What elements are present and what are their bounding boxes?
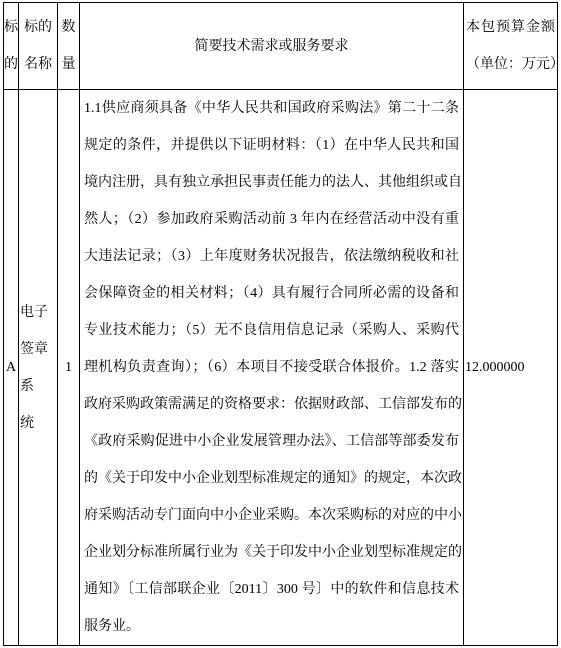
text-line: 电子 [20, 294, 57, 331]
text-line: 服务业。 [84, 608, 459, 645]
text-line: 系 [20, 368, 57, 405]
text-line: 会保障资金的相关材料；（4）具有履行合同所必需的设备和 [84, 275, 459, 312]
text-line: 量 [58, 46, 79, 83]
text-line: 的 [4, 46, 18, 83]
cell-subject: A [4, 90, 19, 646]
text-line: 大违法记录；（3）上年度财务状况报告，依法缴纳税收和社 [84, 238, 459, 275]
text-line: 境内注册，具有独立承担民事责任能力的法人、其他组织或自 [84, 164, 459, 201]
text-line: 规定的条件，并提供以下证明材料：（1）在中华人民共和国 [84, 127, 459, 164]
text-line: 名称 [19, 46, 57, 83]
text-line: 本包预算金额 [464, 9, 557, 46]
header-cell-quantity: 数量 [58, 3, 80, 90]
text-line: 然人；（2）参加政府采购活动前 3 年内在经营活动中没有重 [84, 201, 459, 238]
text-line: 统 [20, 405, 57, 442]
text-line: 的《关于印发中小企业划型标准规定的通知》的规定，本次政 [84, 460, 459, 497]
cell-subject-name: 电子签章系统 [19, 90, 58, 646]
header-cell-requirements: 简要技术需求或服务要求 [80, 3, 464, 90]
cell-quantity: 1 [58, 90, 80, 646]
table-data-row: A 电子签章系统 1 1.1供应商须具备《中华人民共和国政府采购法》第二十二条规… [4, 90, 558, 646]
text-line: 通知》〔工信部联企业〔2011〕300 号〕中的软件和信息技术 [84, 571, 459, 608]
text-line: 标 [4, 9, 18, 46]
text-line: 签章 [20, 331, 57, 368]
text-line: 政府采购政策需满足的资格要求：依据财政部、工信部发布的 [84, 386, 459, 423]
text-line: 数 [58, 9, 79, 46]
text-line: 1.1供应商须具备《中华人民共和国政府采购法》第二十二条 [84, 90, 459, 127]
text-line: 简要技术需求或服务要求 [80, 28, 463, 65]
cell-budget: 12.000000 [464, 90, 558, 646]
procurement-lot-table: 标的 标的名称 数量 简要技术需求或服务要求 本包预算金额（单位：万元） A 电… [3, 2, 558, 646]
cell-requirements: 1.1供应商须具备《中华人民共和国政府采购法》第二十二条规定的条件，并提供以下证… [80, 90, 464, 646]
text-line: 府采购活动专门面向中小企业采购。本次采购标的对应的中小 [84, 497, 459, 534]
text-line: 专业技术能力；（5）无不良信用信息记录（采购人、采购代 [84, 312, 459, 349]
header-cell-budget: 本包预算金额（单位：万元） [464, 3, 558, 90]
text-line: 标的 [19, 9, 57, 46]
text-line: 理机构负责查询）；（6）本项目不接受联合体报价。1.2 落实 [84, 349, 459, 386]
text-line: 《政府采购促进中小企业发展管理办法》、工信部等部委发布 [84, 423, 459, 460]
header-cell-subject-name: 标的名称 [19, 3, 58, 90]
document-page: 标的 标的名称 数量 简要技术需求或服务要求 本包预算金额（单位：万元） A 电… [0, 0, 561, 648]
text-line: （单位：万元） [464, 46, 557, 83]
text-line: 企业划分标准所属行业为《关于印发中小企业划型标准规定的 [84, 534, 459, 571]
table-header-row: 标的 标的名称 数量 简要技术需求或服务要求 本包预算金额（单位：万元） [4, 3, 558, 90]
header-cell-subject: 标的 [4, 3, 19, 90]
